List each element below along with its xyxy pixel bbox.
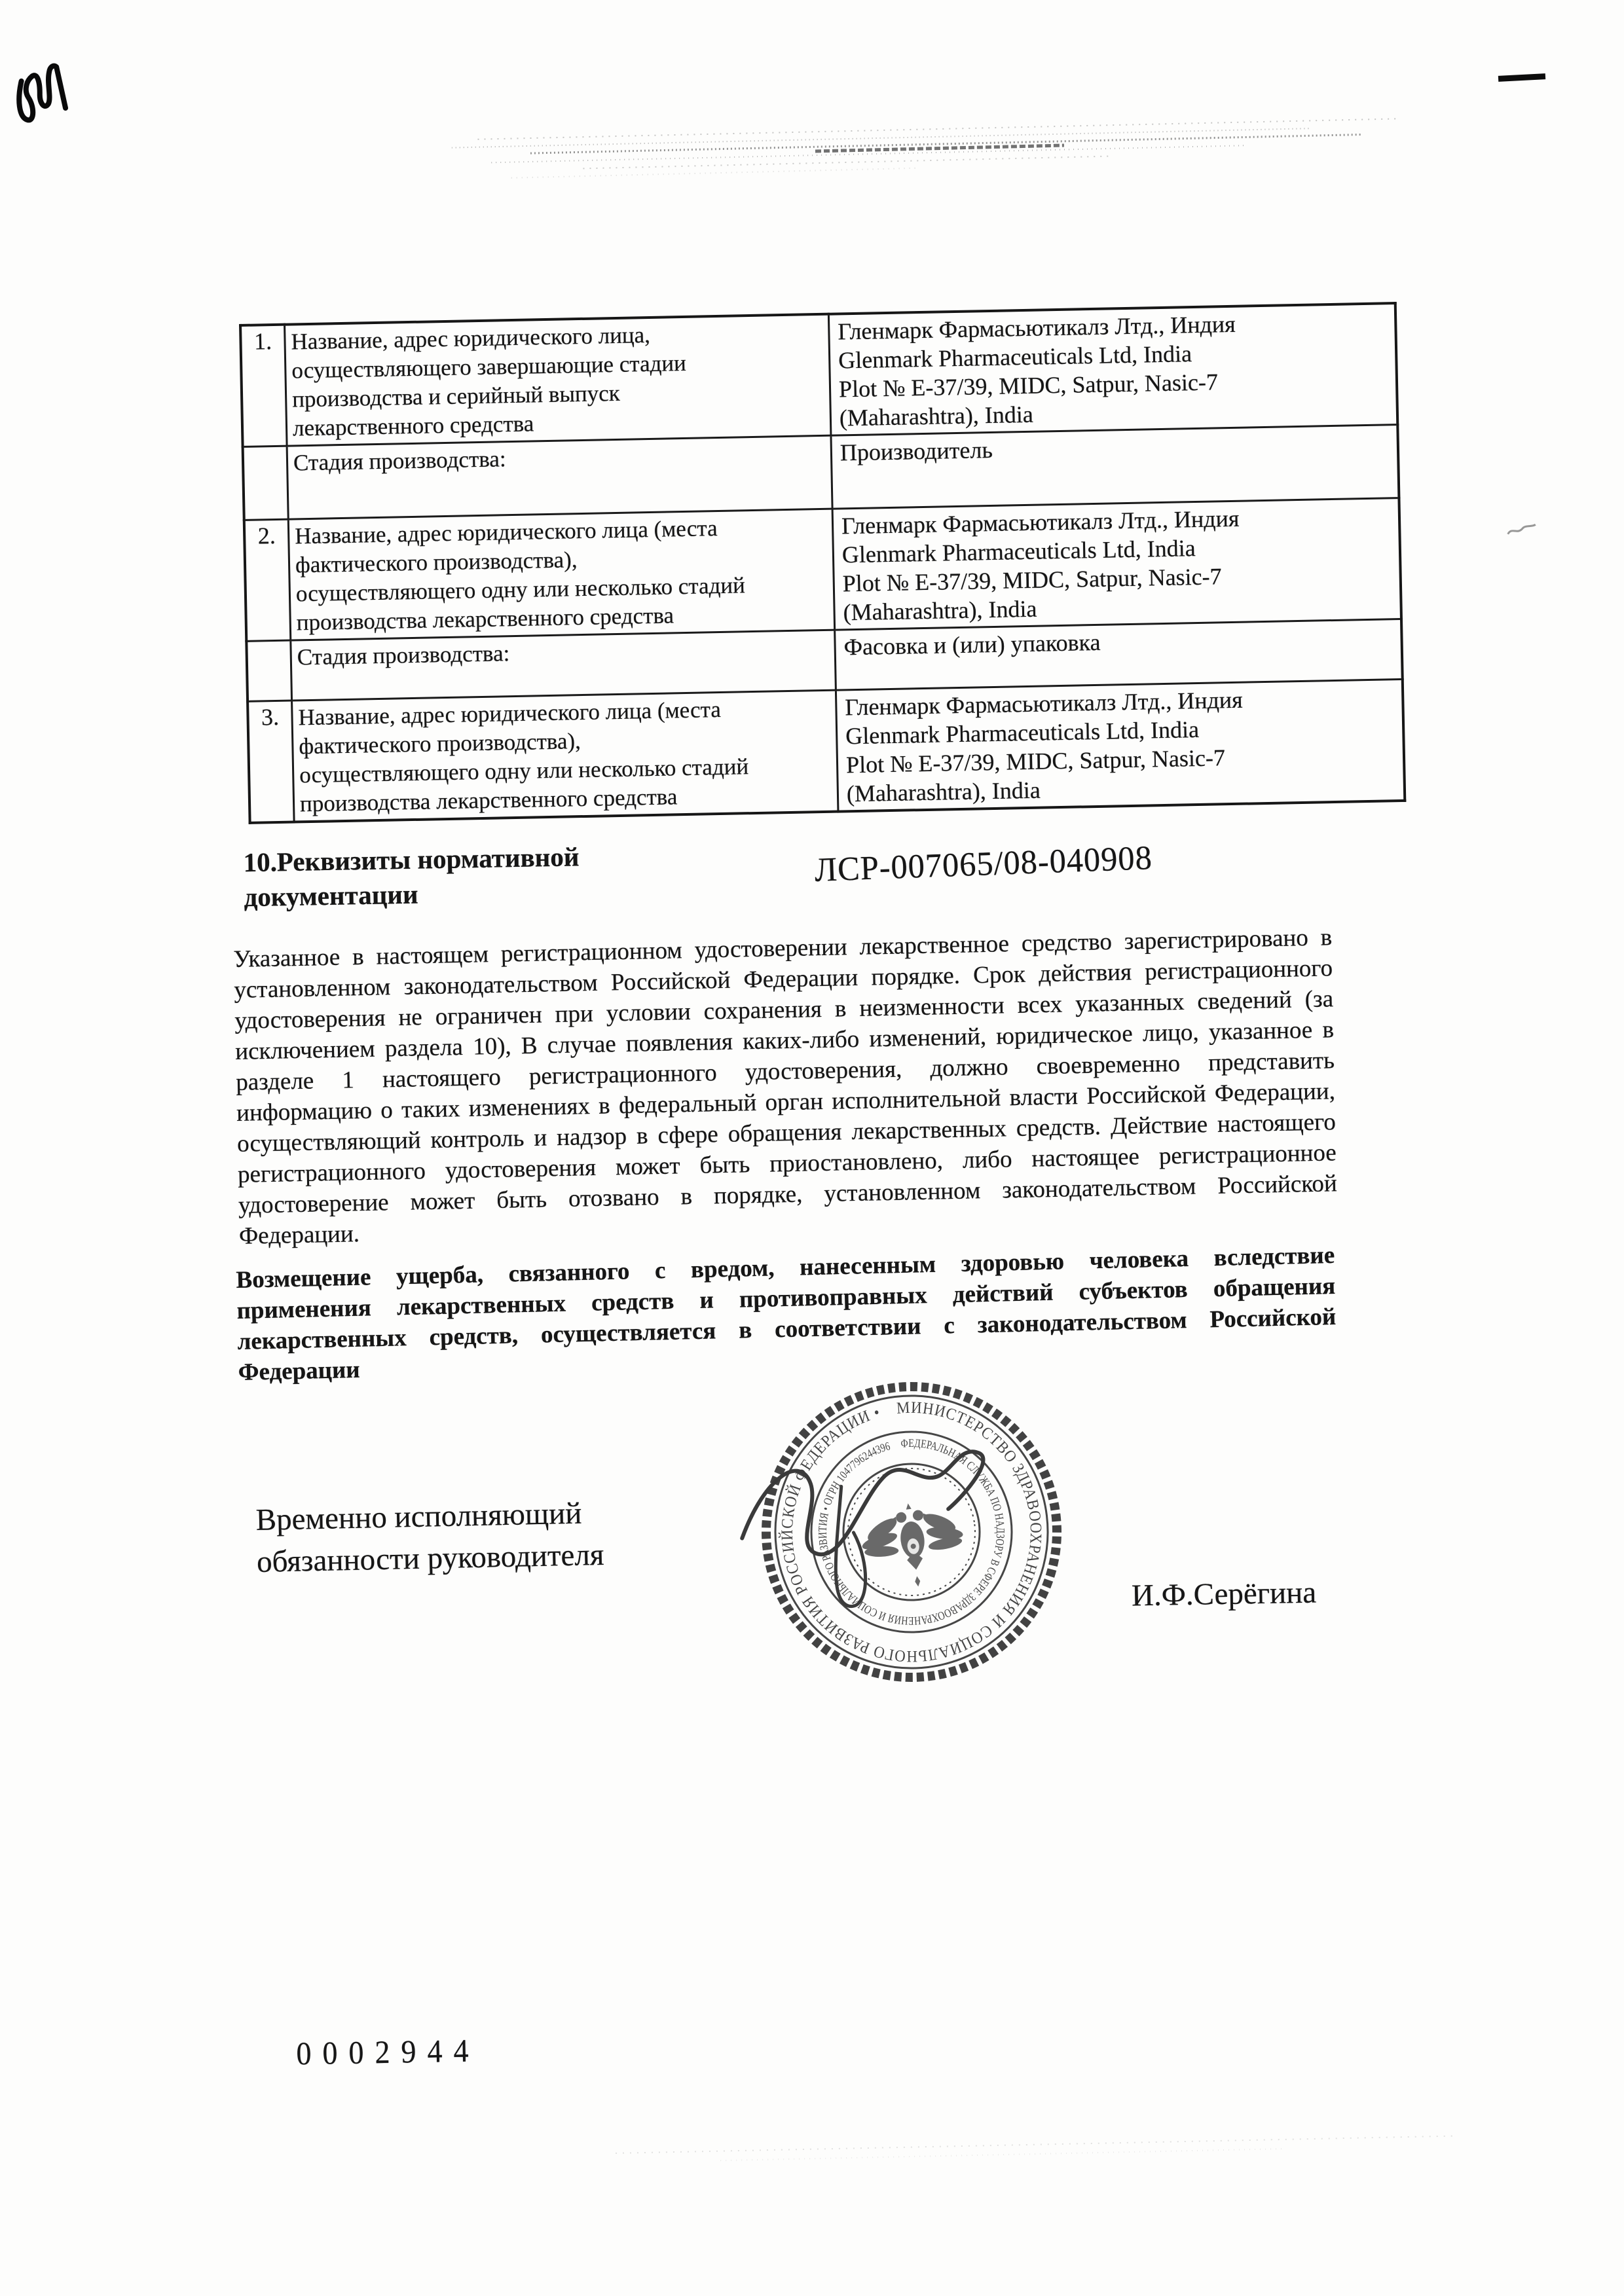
document-page: 1. Название, адрес юридического лица, ос… [0,0,1624,2296]
row-value: Производитель [831,425,1399,509]
manufacturing-table: 1. Название, адрес юридического лица, ос… [239,302,1406,824]
row-label: Стадия производства: [291,630,836,701]
table-row: 3. Название, адрес юридического лица (ме… [248,679,1405,822]
paragraph-liability: Возмещение ущерба, связанного с вредом, … [236,1240,1337,1388]
paragraph-legal: Указанное в настоящем регистрационном уд… [233,922,1338,1252]
eagle-emblem [857,1497,970,1593]
scan-tilde-noise [1505,521,1539,539]
pen-mark [5,31,103,140]
table-row: 1. Название, адрес юридического лица, ос… [240,303,1397,446]
row-value: Гленмарк Фармасьютикалз Лтд., Индия Glen… [828,303,1397,435]
row-value: Гленмарк Фармасьютикалз Лтд., Индия Glen… [836,679,1405,811]
row-number: 1. [240,325,287,447]
row-label: Название, адрес юридического лица (места… [292,690,838,822]
row-label: Название, адрес юридического лица, осуще… [285,314,831,446]
manufacturing-table-wrap: 1. Название, адрес юридического лица, ос… [239,302,1376,824]
row-label: Стадия производства: [287,435,832,519]
scan-dash-mark [1498,73,1545,82]
row-number [243,446,289,520]
row-label: Название, адрес юридического лица (места… [288,509,834,640]
row-number: 2. [244,519,291,641]
row-value: Гленмарк Фармасьютикалз Лтд., Индия Glen… [832,498,1401,630]
serial-number: 0002944 [296,2032,480,2072]
signature-title: Временно исполняющий обязанности руковод… [255,1492,604,1583]
registration-number: ЛСР-007065/08-040908 [814,839,1153,890]
section-10-heading: 10.Реквизиты нормативной документации [243,839,637,915]
row-number [246,640,291,701]
bottom-noise [576,2125,1474,2177]
table-row: 2. Название, адрес юридического лица (ме… [244,498,1401,642]
official-stamp: МИНИСТЕРСТВО ЗДРАВООХРАНЕНИЯ И СОЦИАЛЬНО… [737,1357,1087,1707]
signatory-name: И.Ф.Серёгина [1132,1575,1317,1614]
scan-noise-band [451,109,1428,191]
row-number: 3. [248,701,294,823]
row-value: Фасовка и (или) упаковка [835,619,1403,691]
